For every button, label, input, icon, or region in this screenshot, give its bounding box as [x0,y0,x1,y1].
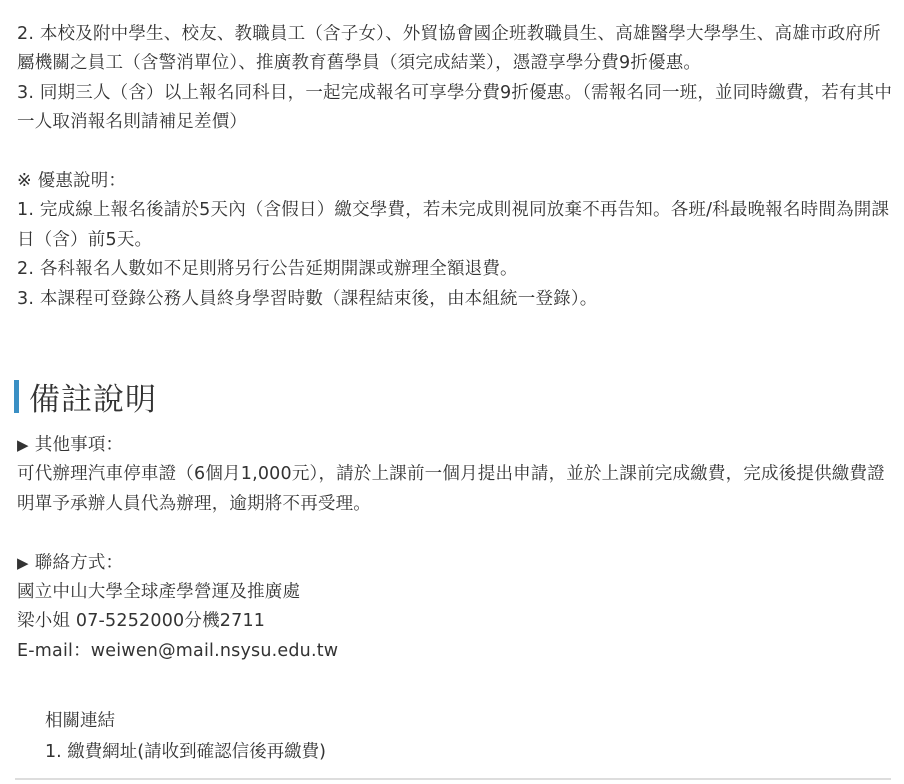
related-links-title: 相關連結 [45,707,885,736]
triangle-right-icon: ▶ [17,549,29,578]
contact-org: 國立中山大學全球產學營運及推廣處 [17,578,897,607]
remarks-section-title: 備註說明 [14,376,157,416]
spacer [17,519,897,548]
other-matters-label: ▶其他事項： [17,431,897,460]
contact-email: E-mail：weiwen@mail.nsysu.edu.tw [17,637,897,666]
contact-label: ▶聯絡方式： [17,549,897,578]
other-matters-text: 可代辦理汽車停車證（6個月1,000元），請於上課前一個月提出申請，並於上課前完… [17,460,897,519]
discount-item-2: 2. 本校及附中學生、校友、教職員工（含子女）、外貿協會國企班教職員生、高雄醫學… [17,20,897,79]
notes-item-2: 2. 各科報名人數如不足則將另行公告延期開課或辦理全額退費。 [17,255,897,284]
notes-heading: ※ 優惠說明： [17,167,897,196]
remarks-title: 備註說明 [29,374,157,419]
discount-item-3: 3. 同期三人（含）以上報名同科目，一起完成報名可享學分費9折優惠。（需報名同一… [17,79,897,138]
remarks-section: ▶其他事項： 可代辦理汽車停車證（6個月1,000元），請於上課前一個月提出申請… [17,431,897,666]
section-accent-bar [14,380,19,413]
discount-section: 2. 本校及附中學生、校友、教職員工（含子女）、外貿協會國企班教職員生、高雄醫學… [17,20,897,314]
notes-item-3: 3. 本課程可登錄公務人員終身學習時數（課程結束後，由本組統一登錄）。 [17,285,897,314]
notes-item-1: 1. 完成線上報名後請於5天內（含假日）繳交學費，若未完成則視同放棄不再告知。各… [17,196,897,255]
related-links: 相關連結 1. 繳費網址(請收到確認信後再繳費) [45,707,885,767]
contact-person: 梁小姐 07-5252000分機2711 [17,607,897,636]
spacer [17,138,897,167]
payment-url-link[interactable]: 1. 繳費網址(請收到確認信後再繳費) [45,742,326,762]
bottom-divider [15,778,891,780]
triangle-right-icon: ▶ [17,431,29,460]
